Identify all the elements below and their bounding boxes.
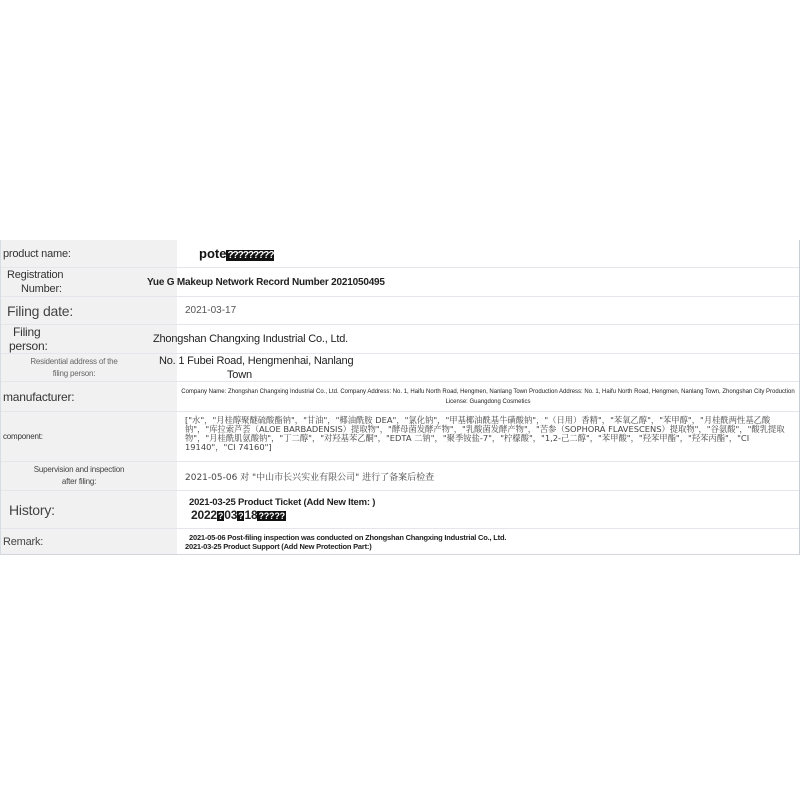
supervision-label-line2: after filing:: [1, 476, 157, 488]
filing-date-value: 2021-03-17: [177, 297, 799, 324]
row-registration-number: Registration Number: Yue G Makeup Networ…: [1, 268, 799, 297]
filing-person-label-line2: person:: [9, 339, 177, 353]
row-history: History: 2021-03-25 Product Ticket (Add …: [1, 491, 799, 529]
residential-address-line2: Town: [227, 368, 799, 382]
product-name-prefix: pote: [199, 246, 226, 261]
supervision-value: 2021-05-06 对 "中山市长兴实业有限公司" 进行了备案后检查: [177, 462, 799, 490]
row-component: component: ["水"，"月桂醇聚醚硫酸酯钠"，"甘油"，"椰油酰胺 D…: [1, 412, 799, 462]
history-year: 2022: [191, 508, 217, 522]
supervision-label-line1: Supervision and inspection: [1, 464, 157, 476]
remark-value: 2021-05-06 Post-filing inspection was co…: [177, 529, 799, 554]
history-day: 18: [244, 508, 257, 522]
history-value: 2021-03-25 Product Ticket (Add New Item:…: [177, 491, 799, 528]
history-label: History:: [1, 491, 177, 528]
row-remark: Remark: 2021-05-06 Post-filing inspectio…: [1, 529, 799, 555]
component-value: ["水"，"月桂醇聚醚硫酸酯钠"，"甘油"，"椰油酰胺 DEA"，"氯化钠"，"…: [177, 412, 799, 461]
filing-person-text: Zhongshan Changxing Industrial Co., Ltd.: [153, 333, 799, 345]
filing-person-value: Zhongshan Changxing Industrial Co., Ltd.: [177, 325, 799, 353]
manufacturer-value: Company Name: Zhongshan Changxing Indust…: [177, 382, 799, 411]
remark-line1: 2021-05-06 Post-filing inspection was co…: [185, 533, 799, 542]
component-label: component:: [1, 412, 177, 461]
registration-number-text: Yue G Makeup Network Record Number 20210…: [147, 277, 385, 288]
registration-number-value: Yue G Makeup Network Record Number 20210…: [177, 268, 799, 296]
row-supervision: Supervision and inspection after filing:…: [1, 462, 799, 491]
row-manufacturer: manufacturer: Company Name: Zhongshan Ch…: [1, 382, 799, 412]
history-month: 03: [224, 508, 237, 522]
product-name-value: pote?????????: [177, 240, 799, 267]
residential-address-label-line2: filing person:: [1, 368, 147, 380]
row-filing-person: Filing person: Zhongshan Changxing Indus…: [1, 325, 799, 354]
product-name-masked-text: ?????????: [226, 250, 274, 261]
remark-label: Remark:: [1, 529, 177, 554]
history-line1: 2021-03-25 Product Ticket (Add New Item:…: [189, 497, 799, 509]
residential-address-label: Residential address of the filing person…: [1, 354, 177, 381]
residential-address-line1: No. 1 Fubei Road, Hengmenhai, Nanlang: [159, 354, 799, 368]
manufacturer-line1: Company Name: Zhongshan Changxing Indust…: [181, 387, 795, 397]
history-masked-text: ?????: [257, 511, 286, 521]
remark-line2: 2021-03-25 Product Support (Add New Prot…: [185, 542, 799, 551]
filing-person-label: Filing person:: [1, 325, 177, 353]
supervision-label: Supervision and inspection after filing:: [1, 462, 177, 490]
manufacturer-line2: License: Guangdong Cosmetics: [181, 397, 795, 407]
history-line2: 2022?03?18?????: [189, 509, 799, 522]
residential-address-value: No. 1 Fubei Road, Hengmenhai, Nanlang To…: [177, 354, 799, 381]
product-filing-table: product name: pote????????? Registration…: [0, 240, 800, 555]
manufacturer-label: manufacturer:: [1, 382, 177, 411]
residential-address-label-line1: Residential address of the: [1, 356, 147, 368]
row-filing-date: Filing date: 2021-03-17: [1, 297, 799, 325]
product-name-label: product name:: [1, 240, 177, 267]
row-product-name: product name: pote?????????: [1, 240, 799, 268]
filing-date-label: Filing date:: [1, 297, 177, 324]
row-residential-address: Residential address of the filing person…: [1, 354, 799, 382]
